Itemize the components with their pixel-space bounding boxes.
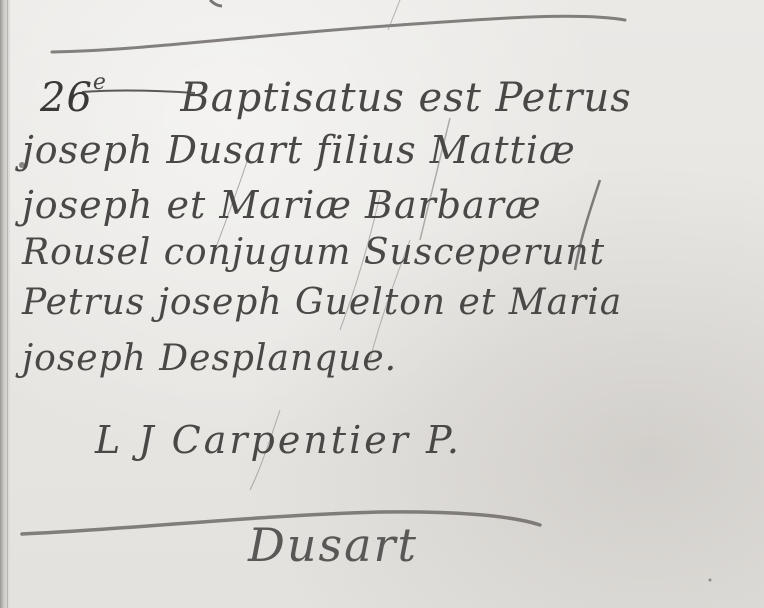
- entry-line-3: joseph et Mariæ Barbaræ: [22, 183, 542, 227]
- entry-line-4: Rousel conjugum Susceperunt: [22, 232, 605, 273]
- entry-day: 26: [40, 75, 93, 121]
- entry-line-2: joseph Dusart filius Mattiæ: [22, 128, 576, 172]
- entry-line-5: Petrus joseph Guelton et Maria: [22, 282, 622, 323]
- entry-day-suffix: e: [93, 70, 107, 95]
- entry-line-6: joseph Desplanque.: [22, 338, 397, 379]
- entry-line-1: 26e Baptisatus est Petrus: [40, 70, 632, 121]
- entry-line-1-text: Baptisatus est Petrus: [180, 75, 631, 121]
- register-page: 26e Baptisatus est Petrus joseph Dusart …: [0, 0, 764, 608]
- margin-surname: Dusart: [248, 518, 418, 572]
- priest-signature: L J Carpentier P.: [95, 418, 462, 462]
